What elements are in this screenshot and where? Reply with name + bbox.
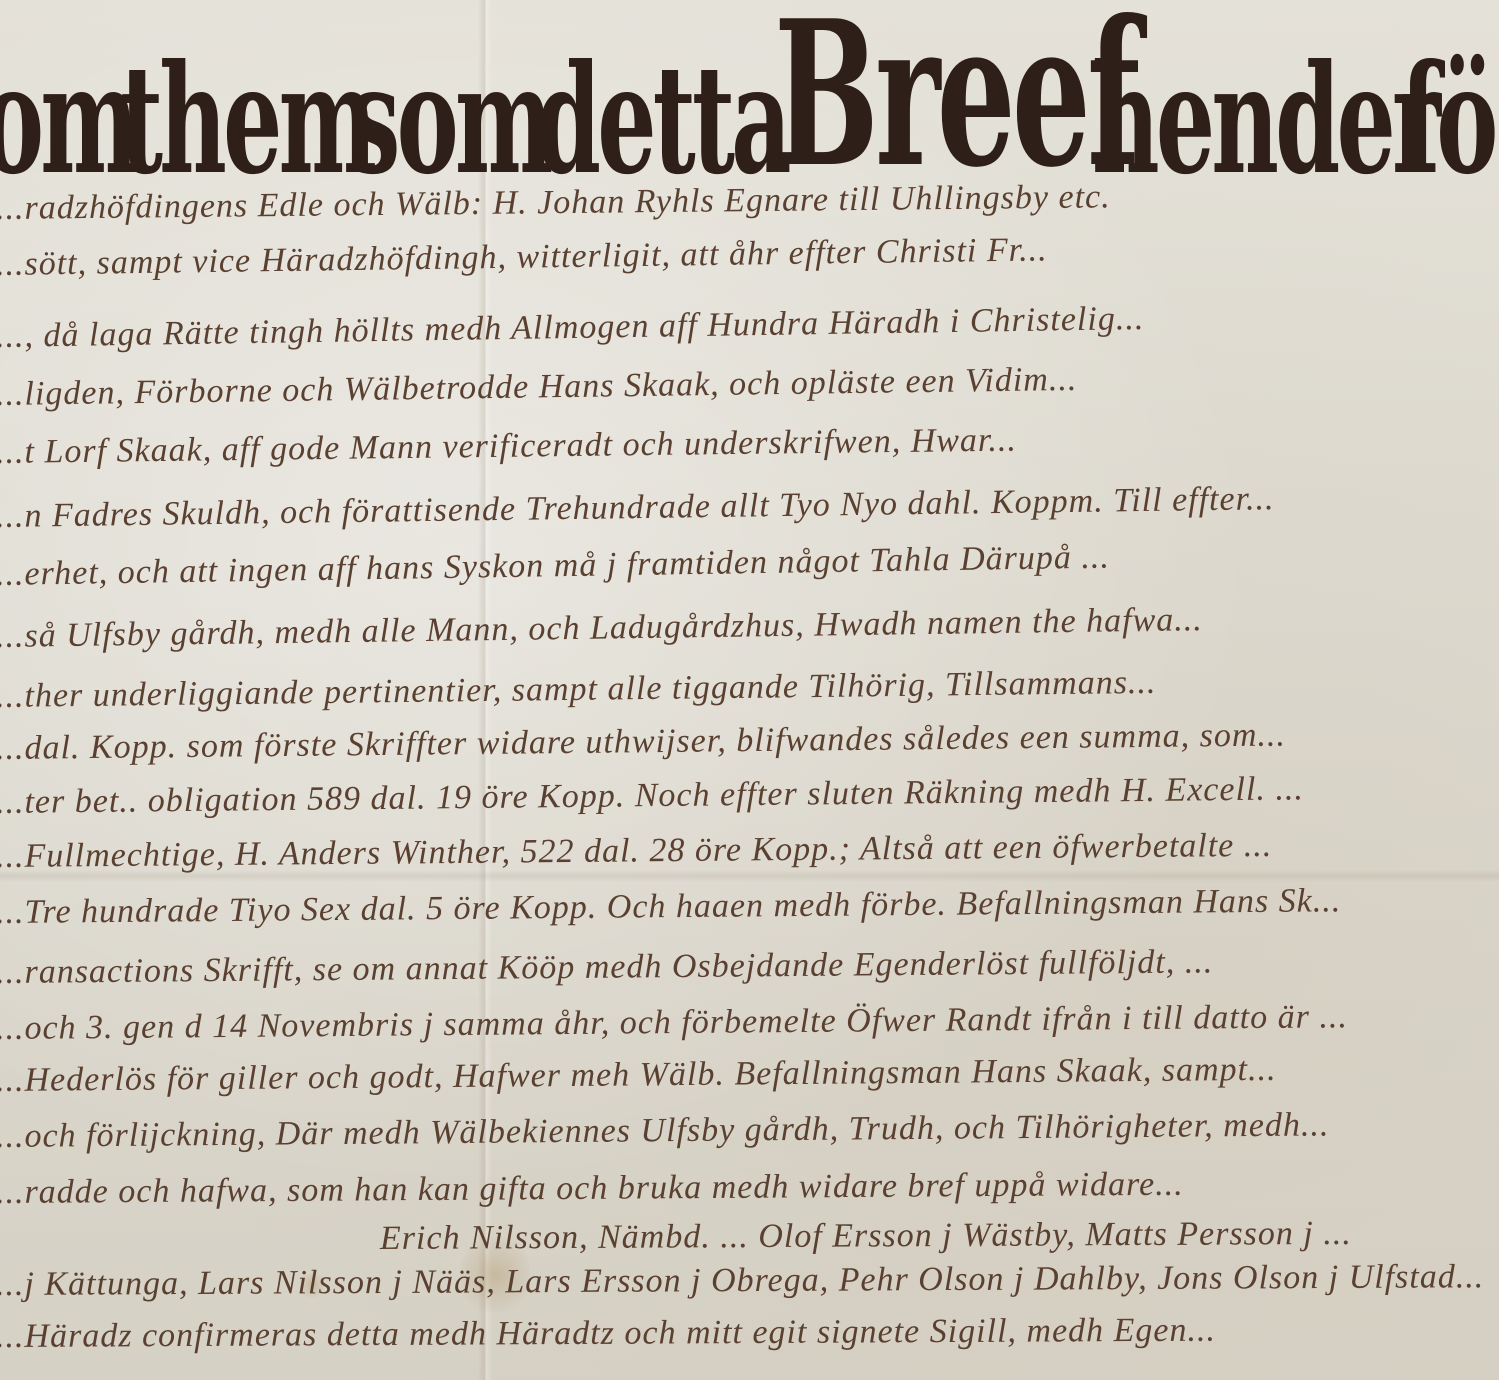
title-word: om bbox=[0, 45, 135, 195]
manuscript-line: Erich Nilsson, Nämbd. ... Olof Ersson j … bbox=[380, 1215, 1352, 1258]
manuscript-line: ...och 3. gen d 14 Novembris j samma åhr… bbox=[0, 998, 1348, 1048]
manuscript-line: ...Fullmechtige, H. Anders Winther, 522 … bbox=[0, 827, 1272, 876]
manuscript-line: ...och förlijckning, Där medh Wälbekienn… bbox=[0, 1106, 1330, 1156]
title-word: fö bbox=[1400, 45, 1495, 195]
manuscript-line: ..., då laga Rätte tingh höllts medh All… bbox=[0, 300, 1145, 356]
manuscript-line: ...dal. Kopp. som förste Skriffter widar… bbox=[0, 716, 1286, 768]
manuscript-line: ...n Fadres Skuldh, och förattisende Tre… bbox=[0, 480, 1275, 536]
title-word: Breef bbox=[774, 0, 1137, 195]
manuscript-line: ...ligden, Förborne och Wälbetrodde Hans… bbox=[0, 361, 1078, 414]
manuscript-line: ...Häradz confirmeras detta medh Häradtz… bbox=[0, 1312, 1216, 1356]
manuscript-line: ...t Lorf Skaak, aff gode Mann verificer… bbox=[0, 422, 1017, 472]
manuscript-line: ...Hederlös för giller och godt, Hafwer … bbox=[0, 1051, 1277, 1100]
manuscript-line: ...ransactions Skrifft, se om annat Kööp… bbox=[0, 943, 1213, 992]
title-word: detta bbox=[536, 45, 788, 195]
manuscript-line: ...ther underliggiande pertinentier, sam… bbox=[0, 664, 1157, 716]
manuscript-line: ...Tre hundrade Tiyo Sex dal. 5 öre Kopp… bbox=[0, 882, 1341, 932]
manuscript-line: ...radde och hafwa, som han kan gifta oc… bbox=[0, 1166, 1184, 1212]
document-title: om them som detta Breef hender fö bbox=[0, 0, 1499, 195]
manuscript-line: ...sött, sampt vice Häradzhöfdingh, witt… bbox=[0, 231, 1048, 284]
manuscript-line: ...erhet, och att ingen aff hans Syskon … bbox=[0, 539, 1110, 594]
manuscript-line: ...så Ulfsby gårdh, medh alle Mann, och … bbox=[0, 601, 1203, 656]
title-word: som bbox=[348, 45, 550, 195]
title-word: hender bbox=[1092, 45, 1437, 195]
title-word: them bbox=[120, 45, 373, 195]
manuscript-line: ...j Kättunga, Lars Nilsson j Nääs, Lars… bbox=[0, 1258, 1484, 1304]
manuscript-line: ...ter bet.. obligation 589 dal. 19 öre … bbox=[0, 770, 1304, 822]
